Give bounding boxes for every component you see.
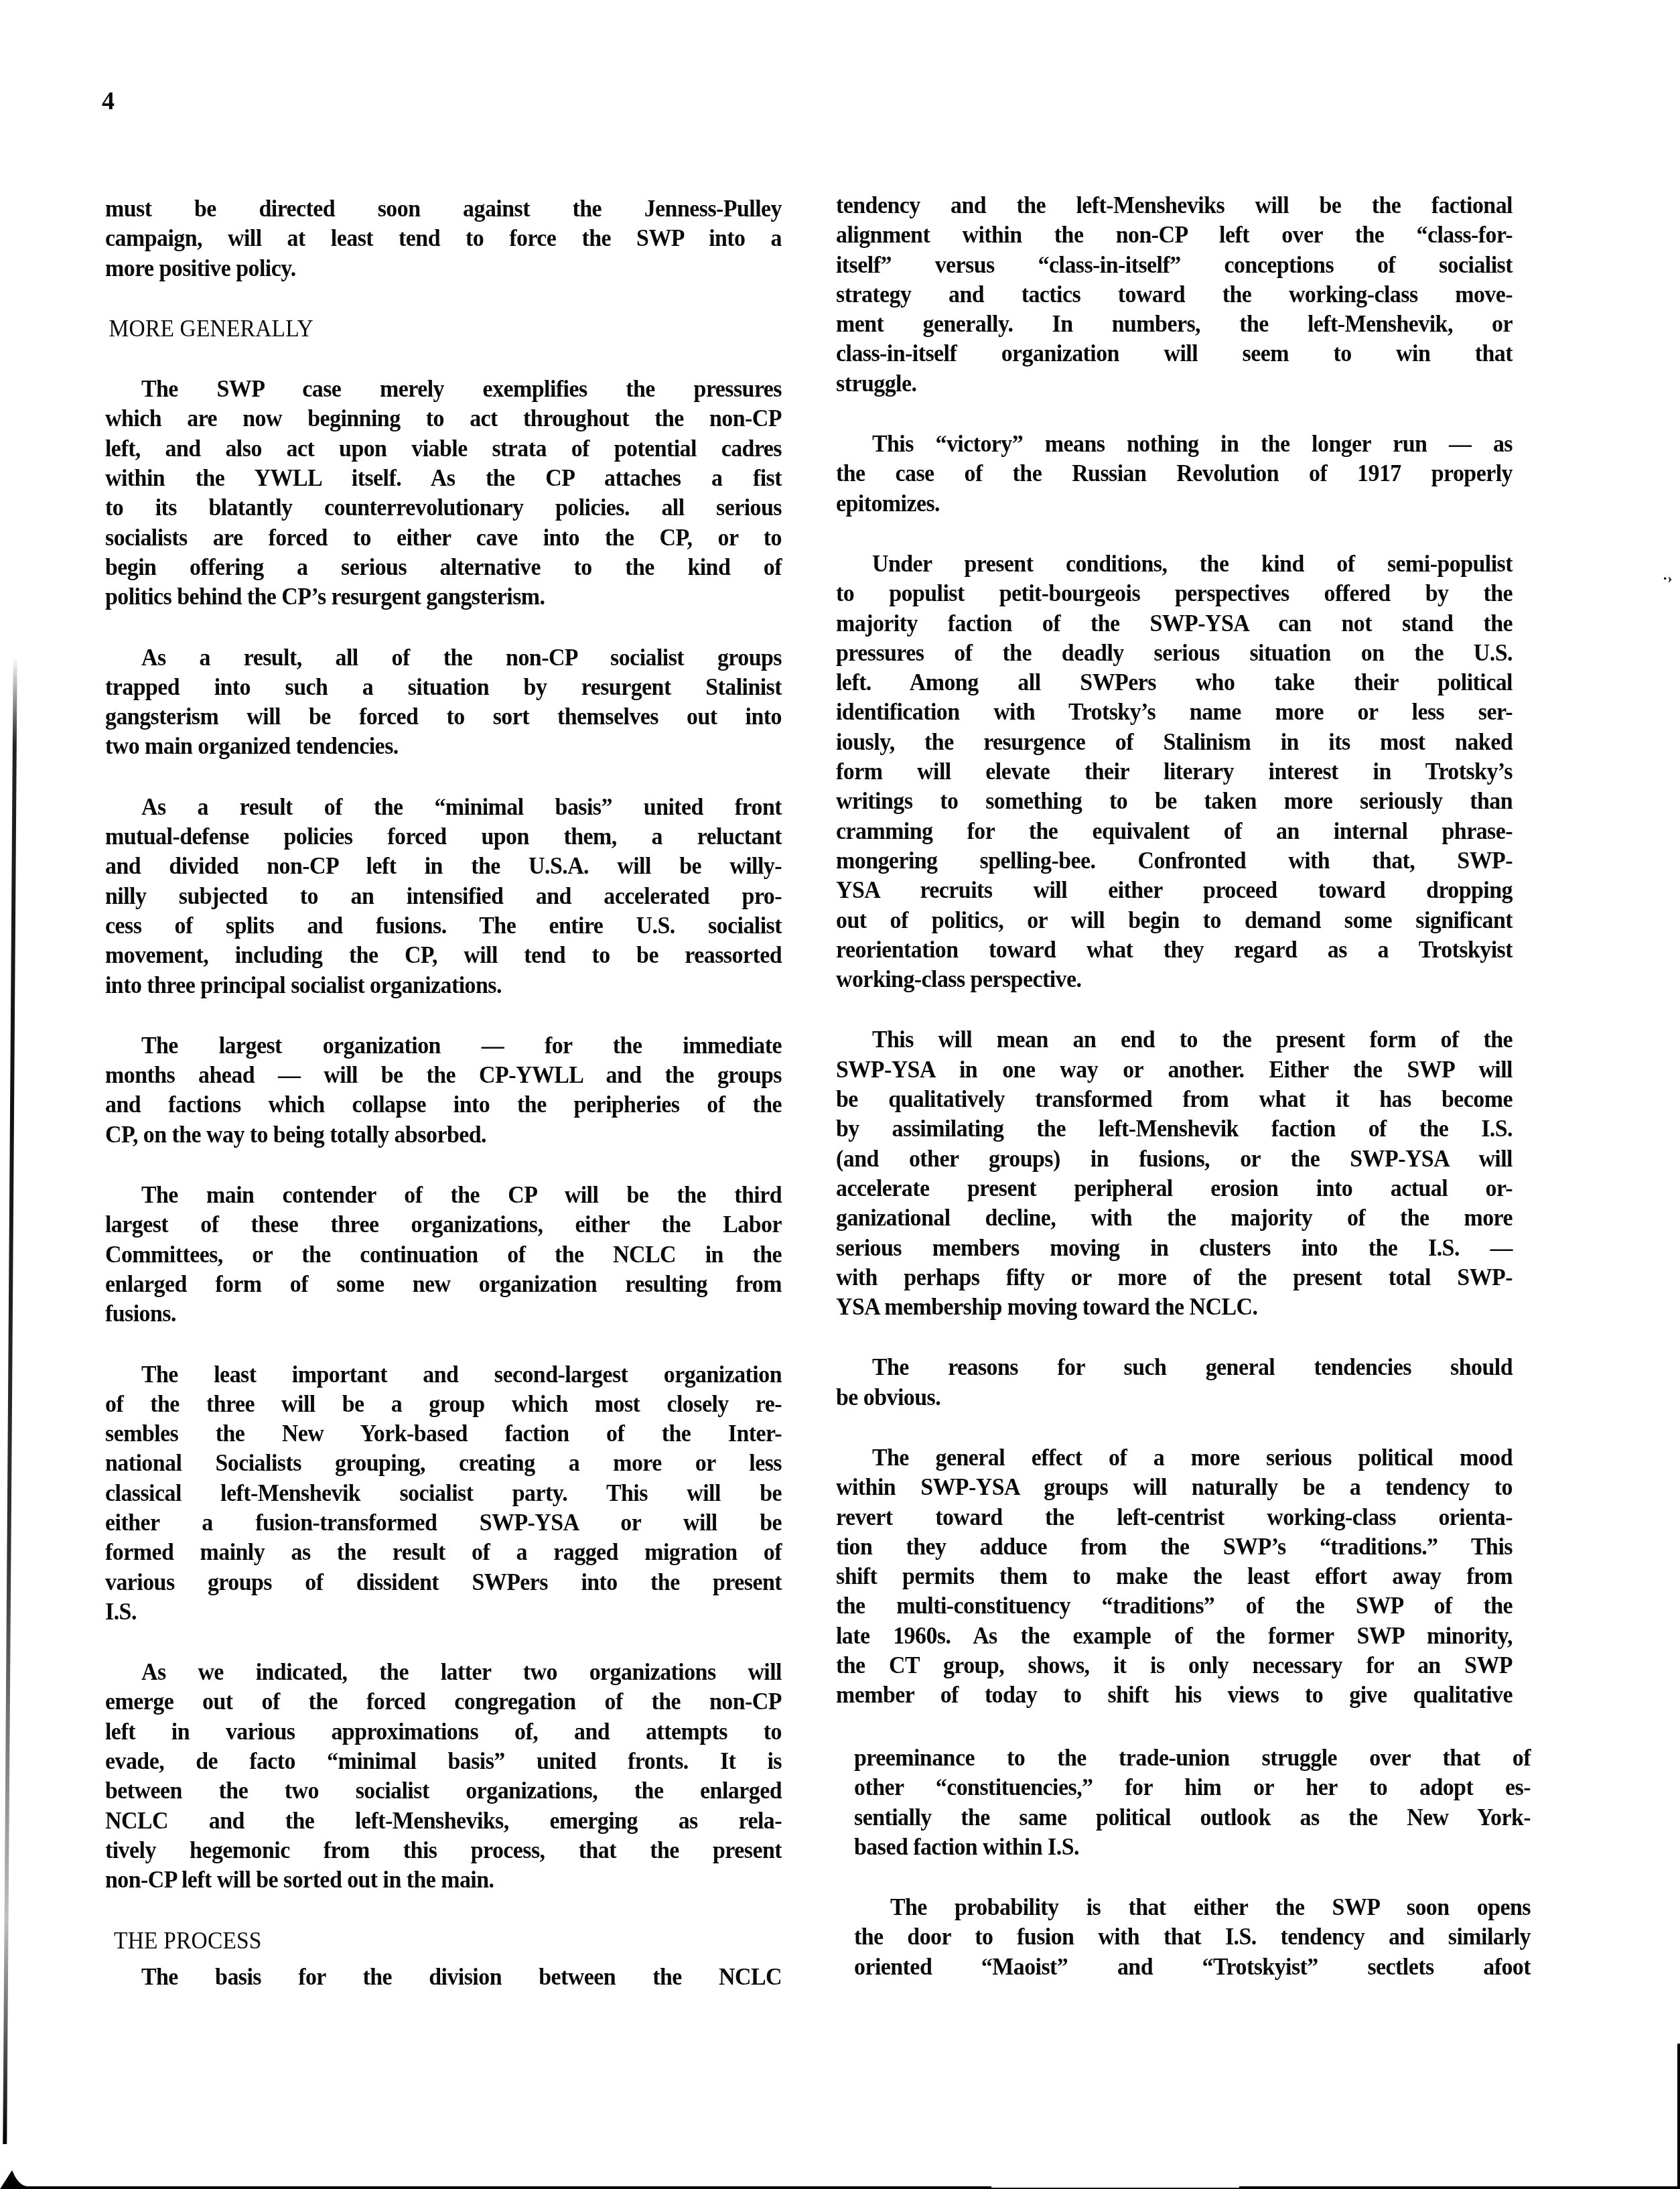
text-line: accelerate present peripheral erosion in… — [836, 1173, 1513, 1203]
text-line: struggle. — [836, 369, 1513, 398]
paragraph: The basis for the division between the N… — [105, 1962, 782, 1991]
text-line: be qualitatively transformed from what i… — [836, 1084, 1513, 1114]
text-line: of the three will be a group which most … — [105, 1389, 782, 1418]
scan-edge-right — [1677, 2044, 1680, 2189]
text-line: working-class perspective. — [836, 964, 1513, 994]
text-line: preeminance to the trade-union struggle … — [854, 1743, 1531, 1772]
text-line: between the two socialist organizations,… — [105, 1776, 782, 1805]
text-line: by assimilating the left-Menshevik facti… — [836, 1114, 1513, 1143]
text-line: This “victory” means nothing in the long… — [836, 429, 1513, 458]
text-line: campaign, will at least tend to force th… — [105, 223, 782, 253]
text-line: begin offering a serious alternative to … — [105, 552, 782, 582]
text-line: ment generally. In numbers, the left-Men… — [836, 309, 1513, 338]
text-line: to populist petit-bourgeois perspectives… — [836, 578, 1513, 608]
text-line: identification with Trotsky’s name more … — [836, 697, 1513, 726]
text-line: alignment within the non-CP left over th… — [836, 220, 1513, 249]
paragraph: As we indicated, the latter two organiza… — [105, 1657, 782, 1894]
text-line: form will elevate their literary interes… — [836, 756, 1513, 786]
text-line: nilly subjected to an intensified and ac… — [105, 881, 782, 911]
text-line: enlarged form of some new organization r… — [105, 1269, 782, 1299]
text-line: mutual-defense policies forced upon them… — [105, 821, 782, 851]
text-line: writings to something to be taken more s… — [836, 786, 1513, 815]
text-line: evade, de facto “minimal basis” united f… — [105, 1746, 782, 1776]
text-line: the multi-constituency “traditions” of t… — [836, 1591, 1513, 1620]
text-line: into three principal socialist organizat… — [105, 970, 782, 1000]
text-line: shift permits them to make the least eff… — [836, 1561, 1513, 1591]
text-line: YSA membership moving toward the NCLC. — [836, 1292, 1513, 1321]
text-line: national Socialists grouping, creating a… — [105, 1448, 782, 1477]
text-line: oriented “Maoist” and “Trotskyist” sectl… — [854, 1952, 1531, 1981]
paragraph: tendency and the left-Mensheviks will be… — [836, 190, 1513, 398]
text-line: The general effect of a more serious pol… — [836, 1443, 1513, 1472]
text-line: The largest organization — for the immed… — [105, 1031, 782, 1060]
paragraph: As a result of the “minimal basis” unite… — [105, 792, 782, 1000]
paragraph: This will mean an end to the present for… — [836, 1024, 1513, 1321]
text-line: movement, including the CP, will tend to… — [105, 940, 782, 970]
text-line: fusions. — [105, 1299, 782, 1328]
text-line: trapped into such a situation by resurge… — [105, 672, 782, 702]
text-line: The SWP case merely exemplifies the pres… — [105, 374, 782, 403]
text-line: the CT group, shows, it is only necessar… — [836, 1650, 1513, 1680]
paragraph: The largest organization — for the immed… — [105, 1031, 782, 1149]
section-heading-the-process: THE PROCESS — [114, 1926, 782, 1955]
text-line: sentially the same political outlook as … — [854, 1802, 1531, 1832]
text-line: iously, the resurgence of Stalinism in i… — [836, 727, 1513, 756]
text-line: late 1960s. As the example of the former… — [836, 1621, 1513, 1650]
text-line: within the YWLL itself. As the CP attach… — [105, 463, 782, 492]
text-line: with perhaps fifty or more of the presen… — [836, 1262, 1513, 1292]
text-line: gangsterism will be forced to sort thems… — [105, 702, 782, 731]
text-line: The main contender of the CP will be the… — [105, 1180, 782, 1209]
text-line: two main organized tendencies. — [105, 731, 782, 760]
text-line: CP, on the way to being totally absorbed… — [105, 1120, 782, 1149]
paragraph: This “victory” means nothing in the long… — [836, 429, 1513, 518]
text-line: tion they adduce from the SWP’s “traditi… — [836, 1532, 1513, 1561]
text-line: classical left-Menshevik socialist party… — [105, 1478, 782, 1508]
text-line: must be directed soon against the Jennes… — [105, 194, 782, 223]
text-line: formed mainly as the result of a ragged … — [105, 1537, 782, 1567]
text-line: politics behind the CP’s resurgent gangs… — [105, 582, 782, 611]
text-line: to its blatantly counterrevolutionary po… — [105, 492, 782, 522]
text-line: ganizational decline, with the majority … — [836, 1203, 1513, 1232]
paragraph: The probability is that either the SWP s… — [854, 1892, 1531, 1981]
text-line: within SWP-YSA groups will naturally be … — [836, 1472, 1513, 1502]
margin-mark: ·› — [1663, 571, 1673, 586]
text-line: Committees, or the continuation of the N… — [105, 1240, 782, 1269]
text-line: socialists are forced to either cave int… — [105, 523, 782, 552]
text-line: class-in-itself organization will seem t… — [836, 338, 1513, 368]
paragraph: The general effect of a more serious pol… — [836, 1443, 1513, 1710]
left-column: must be directed soon against the Jennes… — [105, 194, 782, 2022]
text-line: the case of the Russian Revolution of 19… — [836, 458, 1513, 488]
paragraph: The reasons for such general tendencies … — [836, 1352, 1513, 1412]
text-line: reorientation toward what they regard as… — [836, 935, 1513, 964]
text-line: be obvious. — [836, 1382, 1513, 1412]
text-line: serious members moving in clusters into … — [836, 1233, 1513, 1262]
text-line: I.S. — [105, 1597, 782, 1626]
text-line: The probability is that either the SWP s… — [854, 1892, 1531, 1922]
text-line: sembles the New York-based faction of th… — [105, 1418, 782, 1448]
text-line: and factions which collapse into the per… — [105, 1089, 782, 1119]
text-line: either a fusion-transformed SWP-YSA or w… — [105, 1508, 782, 1537]
paragraph: The least important and second-largest o… — [105, 1359, 782, 1627]
paragraph: The SWP case merely exemplifies the pres… — [105, 374, 782, 611]
text-line: non-CP left will be sorted out in the ma… — [105, 1865, 782, 1894]
text-line: months ahead — will be the CP-YWLL and t… — [105, 1060, 782, 1089]
scan-edge-bottom — [0, 2170, 1680, 2189]
paragraph: As a result, all of the non-CP socialist… — [105, 643, 782, 761]
text-line: emerge out of the forced congregation of… — [105, 1686, 782, 1716]
paragraph: preeminance to the trade-union struggle … — [854, 1743, 1531, 1861]
text-line: (and other groups) in fusions, or the SW… — [836, 1144, 1513, 1173]
text-line: various groups of dissident SWPers into … — [105, 1567, 782, 1597]
paragraph: Under present conditions, the kind of se… — [836, 549, 1513, 994]
text-line: NCLC and the left-Mensheviks, emerging a… — [105, 1806, 782, 1835]
text-line: left in various approximations of, and a… — [105, 1717, 782, 1746]
text-line: mongering spelling-bee. Confronted with … — [836, 846, 1513, 875]
text-line: majority faction of the SWP-YSA can not … — [836, 608, 1513, 638]
text-line: left. Among all SWPers who take their po… — [836, 667, 1513, 697]
text-line: YSA recruits will either proceed toward … — [836, 875, 1513, 905]
text-line: pressures of the deadly serious situatio… — [836, 638, 1513, 667]
text-line: This will mean an end to the present for… — [836, 1024, 1513, 1054]
text-line: The basis for the division between the N… — [105, 1962, 782, 1991]
text-line: As we indicated, the latter two organiza… — [105, 1657, 782, 1686]
text-line: tively hegemonic from this process, that… — [105, 1835, 782, 1865]
text-line: revert toward the left-centrist working-… — [836, 1502, 1513, 1532]
text-line: the door to fusion with that I.S. tenden… — [854, 1922, 1531, 1951]
text-line: more positive policy. — [105, 253, 782, 283]
text-line: strategy and tactics toward the working-… — [836, 279, 1513, 309]
right-column-continuation: preeminance to the trade-union struggle … — [854, 1743, 1531, 2012]
text-line: out of politics, or will begin to demand… — [836, 905, 1513, 935]
paragraph: The main contender of the CP will be the… — [105, 1180, 782, 1328]
text-line: As a result, all of the non-CP socialist… — [105, 643, 782, 672]
text-line: As a result of the “minimal basis” unite… — [105, 792, 782, 821]
text-line: other “constituencies,” for him or her t… — [854, 1772, 1531, 1802]
text-line: largest of these three organizations, ei… — [105, 1209, 782, 1239]
scan-edge-left — [3, 657, 17, 2144]
paragraph: must be directed soon against the Jennes… — [105, 194, 782, 283]
text-line: member of today to shift his views to gi… — [836, 1680, 1513, 1709]
text-line: and divided non-CP left in the U.S.A. wi… — [105, 851, 782, 880]
text-line: based faction within I.S. — [854, 1832, 1531, 1861]
section-heading-more-generally: MORE GENERALLY — [109, 314, 782, 343]
text-line: cramming for the equivalent of an intern… — [836, 816, 1513, 846]
text-line: The least important and second-largest o… — [105, 1359, 782, 1389]
text-line: SWP-YSA in one way or another. Either th… — [836, 1055, 1513, 1084]
text-line: cess of splits and fusions. The entire U… — [105, 911, 782, 940]
text-line: left, and also act upon viable strata of… — [105, 434, 782, 463]
text-line: epitomizes. — [836, 488, 1513, 518]
text-line: which are now beginning to act throughou… — [105, 403, 782, 433]
text-line: The reasons for such general tendencies … — [836, 1352, 1513, 1382]
text-line: itself” versus “class-in-itself” concept… — [836, 250, 1513, 279]
page-number: 4 — [102, 88, 115, 114]
text-line: tendency and the left-Mensheviks will be… — [836, 190, 1513, 220]
right-column: tendency and the left-Mensheviks will be… — [836, 190, 1513, 1741]
text-line: Under present conditions, the kind of se… — [836, 549, 1513, 578]
